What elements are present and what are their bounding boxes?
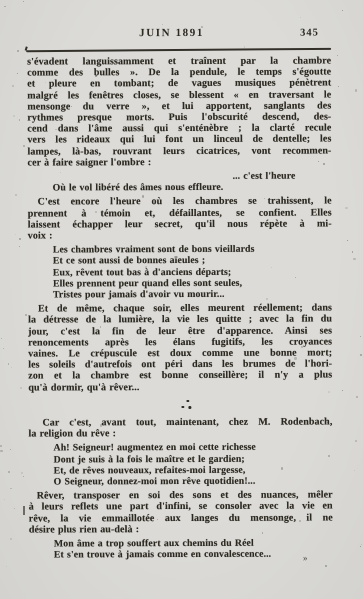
text-line: et pleure en tombant; de vagues musiques… [27,78,331,90]
book-page: » JUIN 1891 345 s'évadent languissamment… [0,0,363,599]
verse-quote: Mon âme a trop souffert aux chemins du R… [29,537,333,560]
text-line: O Seigneur, donnez-moi mon rêve quotidie… [29,475,333,487]
text-line: prennent à témoin et, défaillantes, se c… [28,207,332,219]
text-line: voix : [28,230,332,242]
text-line: Tristes pour jamais d'avoir vu mourir... [28,289,332,301]
text-line: zon et la chambre est bonne conseillère;… [28,370,332,382]
verse-quote: Ah! Seigneur! augmentez en moi cette ric… [28,442,332,488]
page-number: 345 [300,28,319,39]
text-line: ... c'est l'heure [28,171,332,183]
text-line: cer à faire saigner l'ombre : [28,156,332,168]
text-line: qu'à dormir, qu'à rêver... [28,381,332,393]
header-rule [26,48,331,52]
text-line: laissent échapper leur secret, qu'il nou… [28,218,332,230]
ornament-dot [181,406,184,409]
text-line: C'est encore l'heure où les chambres se … [28,196,332,208]
text-line: jour, c'est la fin de leur être d'appare… [28,325,332,337]
ornament-dot [188,406,191,409]
text-line: malgré les fenêtres closes, se blessent … [27,89,331,101]
ornament-dot [186,400,189,403]
paragraph: s'évadent languissamment et traînent par… [27,55,331,168]
asterism-ornament [28,399,332,410]
paragraph: Et de même, chaque soir, elles meurent r… [28,303,332,394]
text-line: la détresse de la lumière, la vie les qu… [28,314,332,326]
page-content: s'évadent languissamment et traînent par… [27,55,333,563]
page-body: JUIN 1891 345 s'évadent languissamment e… [0,0,363,599]
text-line: la religion du rêve : [28,428,332,440]
text-line: Où le vol libéré des âmes nous effleure. [28,182,332,194]
paragraph: Rêver, transposer en soi des sons et des… [29,490,333,536]
verse-quote: Les chambres vraiment sont de bons vieil… [28,244,332,301]
text-line: lampes, là-bas, rouvrant leurs cicatrice… [27,145,331,157]
paragraph: C'est encore l'heure où les chambres se … [28,196,332,242]
text-line: rêve, la vie emmaillotée aux langes du m… [29,512,333,524]
text-line: Car c'est, avant tout, maintenant, chez … [28,416,332,428]
paragraph: Car c'est, avant tout, maintenant, chez … [28,416,332,439]
text-line: désire plus rien au-delà : [29,523,333,535]
text-line: Et s'en trouve à jamais comme en convale… [29,549,333,561]
text-line: à leurs reflets une part d'infini, se co… [29,501,333,513]
text-line: vers les rideaux qui lui font un linceul… [27,134,331,146]
verse-quote: ... c'est l'heureOù le vol libéré des âm… [28,171,332,194]
